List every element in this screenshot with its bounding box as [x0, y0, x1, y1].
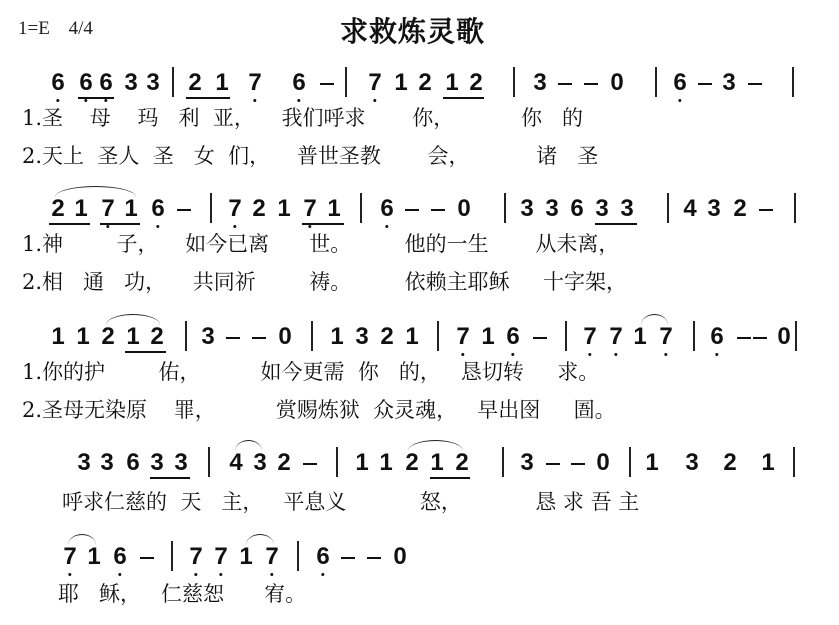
note-low-octave: 7 — [583, 325, 596, 349]
note: 0 — [596, 451, 609, 475]
note: 1 — [124, 197, 137, 221]
note-low-octave: 7 — [609, 325, 622, 349]
note: 1 — [405, 325, 418, 349]
note: 1 — [126, 325, 139, 349]
note-low-octave: 6 — [113, 545, 126, 569]
lyric-line: 2.相 通 功， 共同祈 祷。 依赖主耶稣 十字架， — [22, 270, 627, 294]
note: 3 — [722, 71, 735, 95]
eighth-note-underline — [595, 223, 637, 225]
sustain-dash — [226, 337, 240, 339]
note: 2 — [252, 197, 265, 221]
note: 1 — [277, 197, 290, 221]
bar-line — [793, 447, 795, 477]
bar-line — [437, 321, 439, 351]
sustain-dash — [367, 557, 381, 559]
key-time-signature: 1=E 4/4 — [18, 18, 93, 40]
eighth-note-underline — [49, 223, 90, 225]
note: 3 — [201, 325, 214, 349]
time-signature: 4/4 — [69, 18, 93, 39]
note-low-octave: 6 — [79, 71, 92, 95]
note-low-octave: 7 — [248, 71, 261, 95]
note: 1 — [330, 325, 343, 349]
slur-arc — [68, 534, 96, 545]
song-title: 求救炼灵歌 — [340, 10, 485, 50]
note: 3 — [520, 197, 533, 221]
note: 2 — [380, 325, 393, 349]
slur-arc — [55, 186, 136, 197]
note: 3 — [595, 197, 608, 221]
note: 1 — [761, 451, 774, 475]
note-low-octave: 7 — [228, 197, 241, 221]
note: 3 — [77, 451, 90, 475]
sustain-dash — [571, 463, 585, 465]
note: 3 — [174, 451, 187, 475]
note: 1 — [74, 197, 87, 221]
bar-line — [172, 67, 174, 97]
bar-line — [794, 193, 796, 223]
eighth-note-underline — [302, 223, 344, 225]
bar-line — [502, 447, 504, 477]
note-low-octave: 7 — [368, 71, 381, 95]
lyric-line: 2.天上 圣人 圣 女 们， 普世圣教 会， 诸 圣 — [22, 144, 598, 168]
note: 1 — [394, 71, 407, 95]
key-signature: 1=E — [18, 18, 50, 39]
note-low-octave: 7 — [63, 545, 76, 569]
note-low-octave: 6 — [51, 71, 64, 95]
bar-line — [693, 321, 695, 351]
note: 2 — [277, 451, 290, 475]
note: 1 — [76, 325, 89, 349]
note-low-octave: 7 — [214, 545, 227, 569]
note: 2 — [723, 451, 736, 475]
sustain-dash — [546, 463, 560, 465]
note: 3 — [685, 451, 698, 475]
note: 1 — [355, 451, 368, 475]
sustain-dash — [177, 209, 191, 211]
note: 2 — [405, 451, 418, 475]
bar-line — [336, 447, 338, 477]
bar-line — [655, 67, 657, 97]
bar-line — [208, 447, 210, 477]
bar-line — [360, 193, 362, 223]
bar-line — [565, 321, 567, 351]
note: 6 — [126, 451, 139, 475]
note: 3 — [355, 325, 368, 349]
note-low-octave: 6 — [380, 197, 393, 221]
note: 2 — [455, 451, 468, 475]
note: 2 — [150, 325, 163, 349]
eighth-note-underline — [443, 97, 484, 99]
note: 6 — [570, 197, 583, 221]
note-low-octave: 6 — [506, 325, 519, 349]
eighth-note-underline — [186, 97, 230, 99]
note: 3 — [146, 71, 159, 95]
note: 2 — [188, 71, 201, 95]
sustain-dash — [252, 337, 266, 339]
note-low-octave: 7 — [659, 325, 672, 349]
note-low-octave: 7 — [101, 197, 114, 221]
eighth-note-underline — [100, 223, 140, 225]
note-low-octave: 6 — [710, 325, 723, 349]
bar-line — [171, 541, 173, 571]
lyric-line: 1.你的护 佑， 如今更需 你 的， 恳切转 求。 — [22, 360, 599, 384]
note: 4 — [229, 451, 242, 475]
eighth-note-underline — [150, 477, 190, 479]
sustain-dash — [303, 463, 317, 465]
bar-line — [667, 193, 669, 223]
slur-arc — [106, 314, 160, 325]
lyric-line: 呼求仁慈的 天 主， 平息义 怒， 恳 求 吾 主 — [62, 490, 639, 514]
note: 2 — [469, 71, 482, 95]
lyric-line: 耶 稣， 仁慈恕 宥。 — [58, 582, 306, 606]
sustain-dash — [320, 83, 334, 85]
sustain-dash — [753, 337, 767, 339]
slur-arc — [246, 534, 274, 545]
note: 3 — [620, 197, 633, 221]
bar-line — [345, 67, 347, 97]
note: 0 — [393, 545, 406, 569]
sustain-dash — [584, 83, 598, 85]
note: 3 — [520, 451, 533, 475]
sustain-dash — [431, 209, 445, 211]
note: 1 — [327, 197, 340, 221]
bar-line — [311, 321, 313, 351]
bar-line — [629, 447, 631, 477]
eighth-note-underline — [78, 97, 114, 99]
slur-arc — [641, 314, 668, 325]
note-low-octave: 6 — [316, 545, 329, 569]
note: 3 — [545, 197, 558, 221]
note: 1 — [87, 545, 100, 569]
sustain-dash — [698, 83, 712, 85]
note: 0 — [278, 325, 291, 349]
note-low-octave: 7 — [303, 197, 316, 221]
sustain-dash — [341, 557, 355, 559]
note-low-octave: 6 — [99, 71, 112, 95]
sustain-dash — [533, 337, 547, 339]
note: 2 — [733, 197, 746, 221]
note-low-octave: 6 — [151, 197, 164, 221]
sustain-dash — [140, 557, 154, 559]
note: 1 — [645, 451, 658, 475]
slur-arc — [408, 440, 463, 451]
bar-line — [795, 321, 797, 351]
eighth-note-underline — [125, 351, 166, 353]
slur-arc — [235, 440, 262, 451]
note-low-octave: 7 — [265, 545, 278, 569]
note: 1 — [215, 71, 228, 95]
bar-line — [185, 321, 187, 351]
note-low-octave: 7 — [456, 325, 469, 349]
bar-line — [504, 193, 506, 223]
sustain-dash — [759, 209, 773, 211]
note: 0 — [777, 325, 790, 349]
note: 3 — [253, 451, 266, 475]
lyric-line: 2.圣母无染原 罪， 赏赐炼狱 众灵魂， 早出囹 圄。 — [22, 398, 616, 422]
note: 0 — [610, 71, 623, 95]
sustain-dash — [737, 337, 751, 339]
note: 2 — [101, 325, 114, 349]
note: 1 — [633, 325, 646, 349]
note: 3 — [100, 451, 113, 475]
sustain-dash — [405, 209, 419, 211]
sustain-dash — [748, 83, 762, 85]
bar-line — [297, 541, 299, 571]
sustain-dash — [558, 83, 572, 85]
note: 0 — [457, 197, 470, 221]
note: 1 — [239, 545, 252, 569]
note: 3 — [533, 71, 546, 95]
note: 3 — [150, 451, 163, 475]
note: 2 — [51, 197, 64, 221]
note: 3 — [707, 197, 720, 221]
note-low-octave: 7 — [189, 545, 202, 569]
note: 1 — [51, 325, 64, 349]
note: 2 — [418, 71, 431, 95]
note-low-octave: 6 — [673, 71, 686, 95]
note: 1 — [481, 325, 494, 349]
note: 3 — [124, 71, 137, 95]
note-low-octave: 6 — [292, 71, 305, 95]
note: 1 — [430, 451, 443, 475]
note: 4 — [683, 197, 696, 221]
bar-line — [792, 67, 794, 97]
eighth-note-underline — [430, 477, 470, 479]
note: 1 — [445, 71, 458, 95]
note: 1 — [379, 451, 392, 475]
lyric-line: 1.圣 母 玛 利 亚， 我们呼求 你， 你 的 — [22, 106, 583, 130]
bar-line — [210, 193, 212, 223]
bar-line — [513, 67, 515, 97]
lyric-line: 1.神 子， 如今已离 世。 他的一生 从未离， — [22, 232, 619, 256]
